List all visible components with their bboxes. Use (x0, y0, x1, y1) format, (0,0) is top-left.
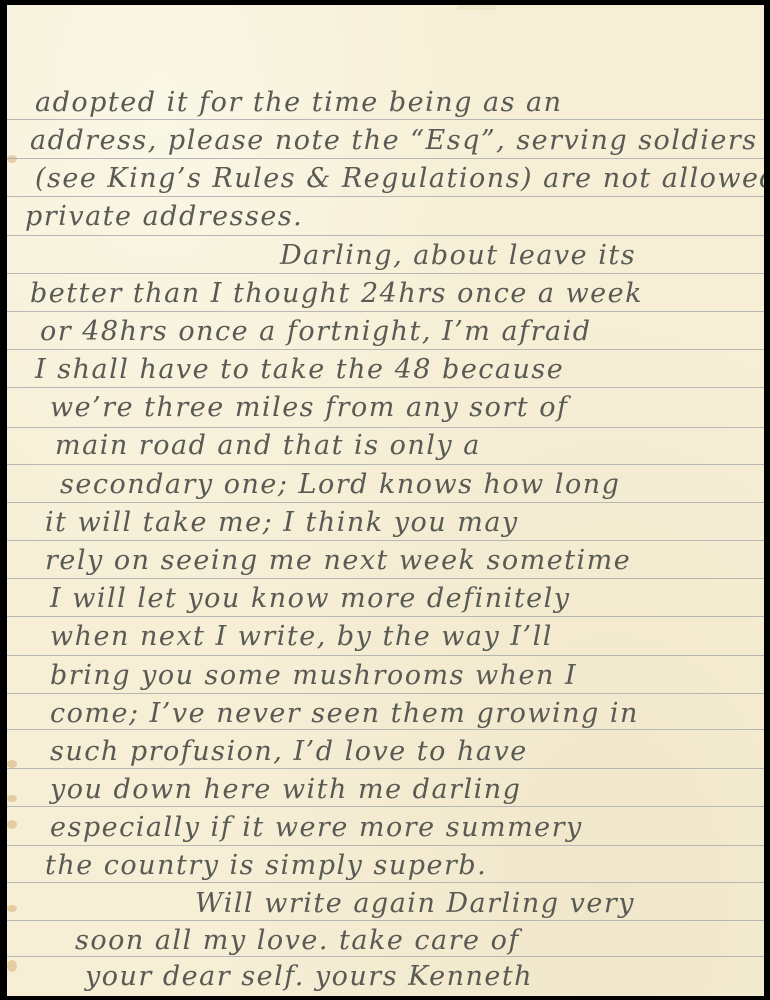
text-line-5: Darling, about leave its (280, 241, 636, 271)
text-line-4: private addresses. (25, 202, 303, 232)
text-line-12: it will take me; I think you may (45, 508, 519, 538)
text-line-22: Will write again Darling very (195, 889, 635, 919)
text-line-17: come; I’ve never seen them growing in (50, 699, 639, 729)
ruled-line (7, 311, 764, 312)
text-line-1: adopted it for the time being as an (35, 88, 563, 118)
ruled-line (7, 119, 764, 120)
ruled-line (7, 806, 764, 807)
ruled-line (7, 845, 764, 846)
text-line-11: secondary one; Lord knows how long (60, 470, 620, 500)
foxing-stain (7, 760, 17, 768)
ruled-line (7, 158, 764, 159)
ruled-line (7, 502, 764, 503)
ruled-line (7, 655, 764, 656)
ruled-line (7, 196, 764, 197)
text-line-9: we’re three miles from any sort of (50, 393, 568, 423)
text-line-13: rely on seeing me next week sometime (45, 546, 631, 576)
ruled-line (7, 387, 764, 388)
ruled-line (7, 349, 764, 350)
ruled-line (7, 616, 764, 617)
text-line-21: the country is simply superb. (45, 851, 487, 881)
signature-line: your dear self. yours Kenneth (85, 962, 533, 992)
foxing-stain (7, 795, 17, 802)
ruled-line (7, 273, 764, 274)
foxing-stain (7, 960, 17, 972)
text-line-15: when next I write, by the way I’ll (50, 622, 553, 652)
ruled-line (7, 464, 764, 465)
ruled-line (7, 729, 764, 730)
text-line-19: you down here with me darling (50, 775, 521, 805)
text-line-7: or 48hrs once a fortnight, I’m afraid (40, 317, 592, 347)
foxing-stain (7, 905, 17, 912)
text-line-8: I shall have to take the 48 because (35, 355, 564, 385)
ruled-line (7, 235, 764, 236)
text-line-20: especially if it were more summery (50, 813, 583, 843)
ruled-line (7, 578, 764, 579)
ruled-line (7, 882, 764, 883)
text-line-16: bring you some mushrooms when I (50, 661, 577, 691)
letter-page: adopted it for the time being as an addr… (7, 5, 764, 996)
ruled-line (7, 427, 764, 428)
text-line-14: I will let you know more definitely (50, 584, 571, 614)
text-line-23: soon all my love. take care of (75, 926, 520, 956)
ruled-line (7, 768, 764, 769)
foxing-stain (7, 155, 17, 163)
ruled-line (7, 693, 764, 694)
text-line-6: better than I thought 24hrs once a week (30, 279, 643, 309)
torn-edge (457, 5, 497, 10)
ruled-line (7, 920, 764, 921)
ruled-line (7, 540, 764, 541)
ruled-line (7, 956, 764, 957)
text-line-2: address, please note the “Esq”, serving … (30, 126, 758, 156)
text-line-18: such profusion, I’d love to have (50, 737, 528, 767)
text-line-3: (see King’s Rules & Regulations) are not… (35, 164, 764, 194)
text-line-10: main road and that is only a (55, 431, 481, 461)
foxing-stain (7, 820, 17, 829)
